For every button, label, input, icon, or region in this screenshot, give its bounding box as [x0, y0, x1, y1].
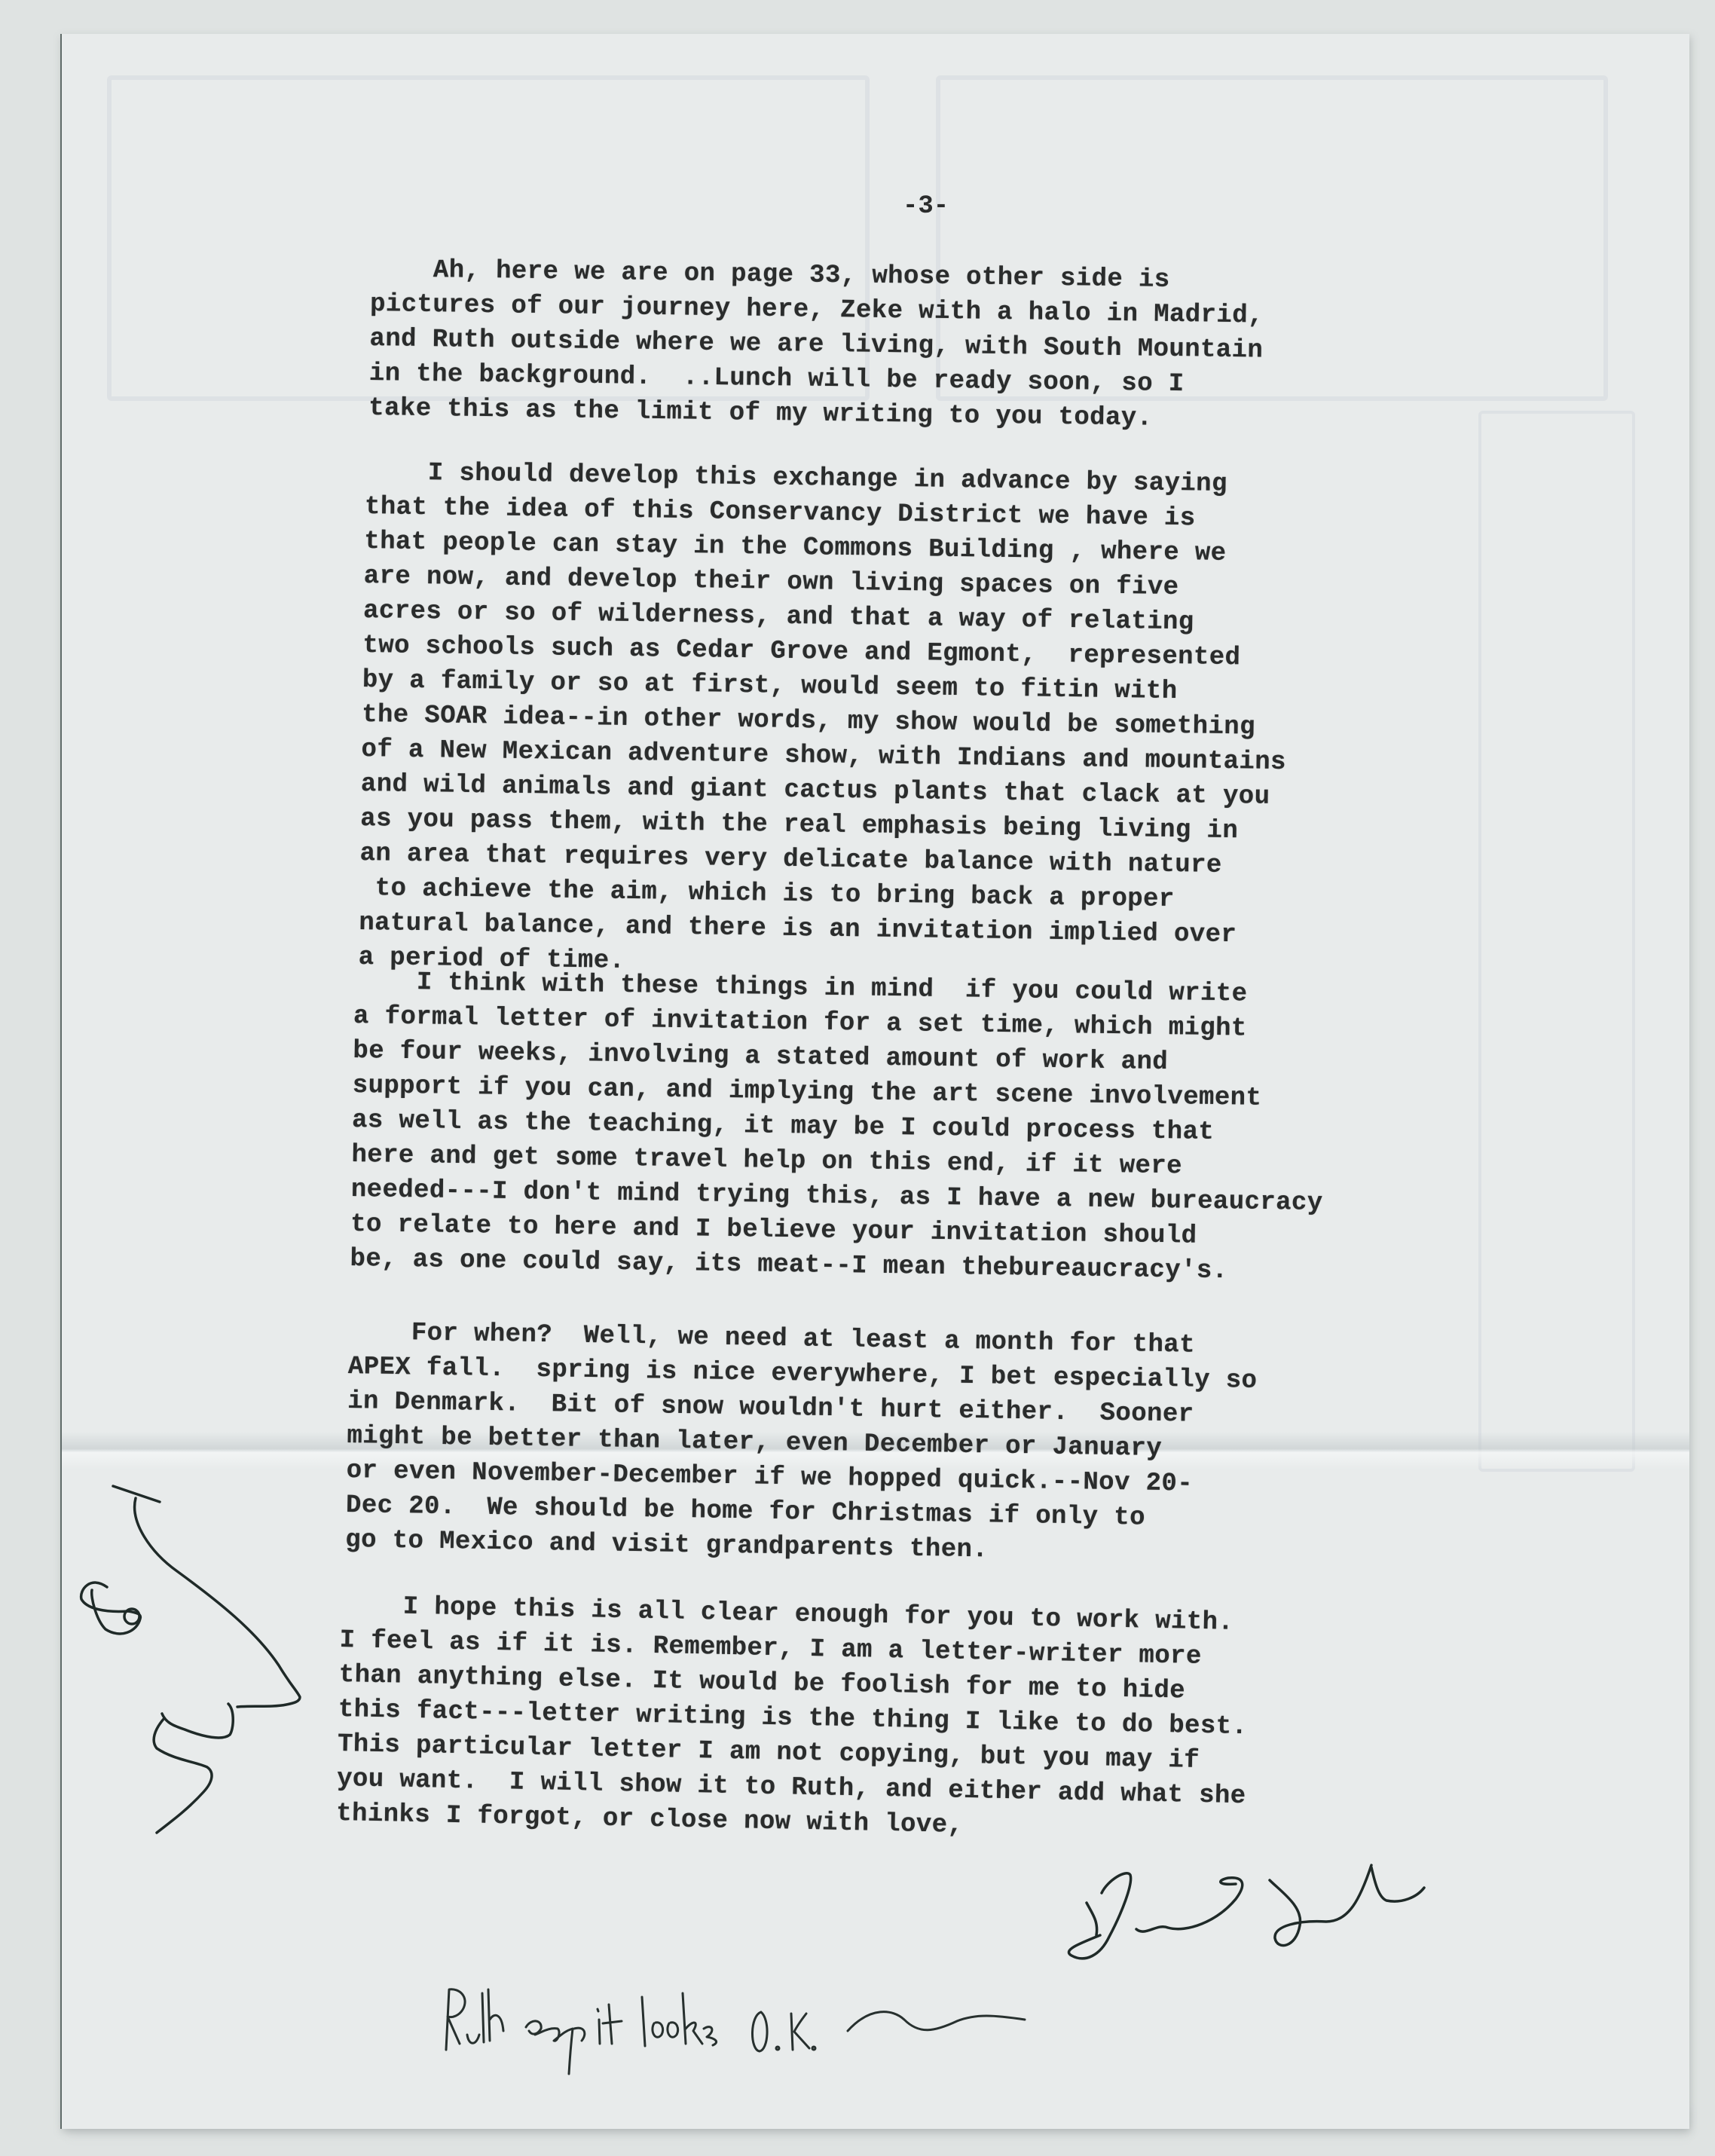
paragraph-5: I hope this is all clear enough for you … [336, 1589, 1250, 1849]
paragraph-2: I should develop this exchange in advanc… [358, 455, 1290, 988]
paragraph-3: I think with these things in mind if you… [350, 965, 1325, 1290]
letter-body: Ah, here we are on page 33, whose other … [0, 0, 32, 208]
bleed-through-mark [1478, 411, 1635, 1472]
paragraph-4: For when? Well, we need at least a month… [345, 1315, 1258, 1572]
page-number: -3- [903, 192, 949, 221]
paragraph-1: Ah, here we are on page 33, whose other … [368, 252, 1264, 438]
